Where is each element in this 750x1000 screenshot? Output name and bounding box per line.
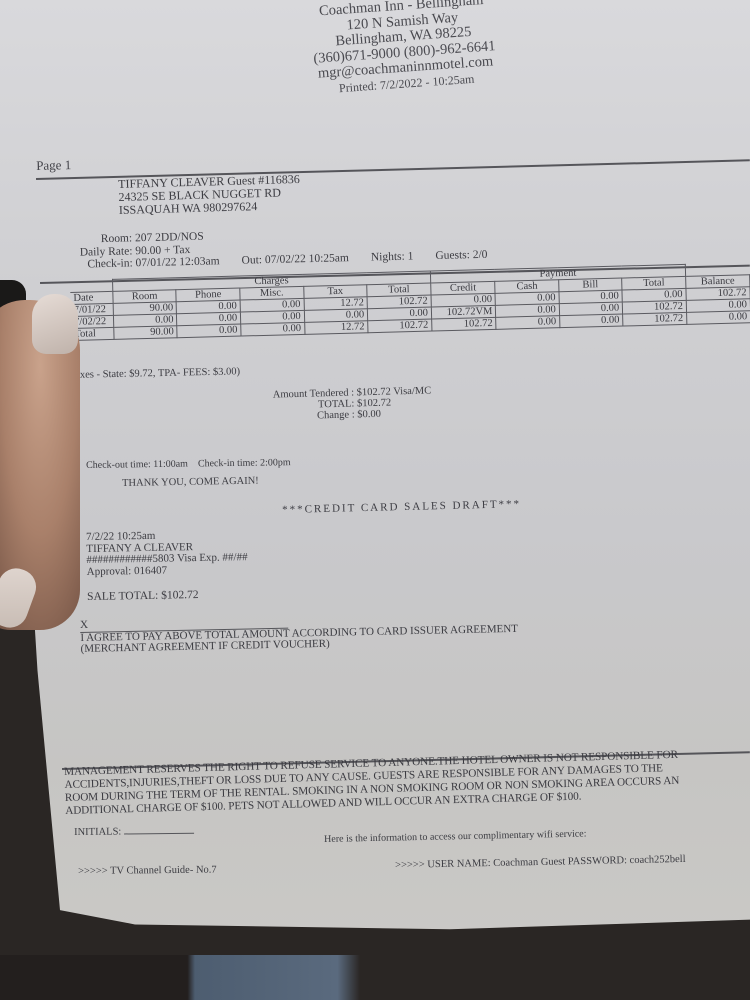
wifi-intro: Here is the information to access our co… xyxy=(324,829,587,845)
hotel-header: Coachman Inn - Bellingham 120 N Samish W… xyxy=(296,0,512,99)
sale-details: 7/2/22 10:25am TIFFANY A CLEAVER #######… xyxy=(86,529,248,603)
cell-value: 0.00 xyxy=(241,322,305,336)
cell-value: 0.00 xyxy=(559,302,623,316)
cell-value: 0.00 xyxy=(304,309,368,323)
checkout-time: Check-out time: 11:00am xyxy=(86,459,188,471)
cell-value: 90.00 xyxy=(113,302,177,316)
tender-summary: Amount Tendered : $102.72 Visa/MC TOTAL:… xyxy=(258,385,432,423)
thank-you-message: THANK YOU, COME AGAIN! xyxy=(122,476,259,489)
approval-code: Approval: 016407 xyxy=(87,564,248,578)
cell-value: 102.72 xyxy=(686,287,750,301)
page-label: Page 1 xyxy=(36,157,71,174)
change-value: $0.00 xyxy=(357,409,381,421)
cell-value: 0.00 xyxy=(559,314,623,328)
background-surface xyxy=(0,955,750,1000)
cell-value: 0.00 xyxy=(241,310,305,324)
sales-draft-title: ***CREDIT CARD SALES DRAFT*** xyxy=(282,498,521,516)
change-label: Change : xyxy=(259,409,355,423)
cell-value: 102.72 xyxy=(367,295,431,309)
cell-value: 0.00 xyxy=(177,300,241,314)
checkin-value: 07/01/22 12:03am xyxy=(135,255,219,269)
sale-total: SALE TOTAL: $102.72 xyxy=(87,589,248,603)
guest-city: ISSAQUAH WA 980297624 xyxy=(119,199,301,217)
checkin-time: Check-in time: 2:00pm xyxy=(198,457,291,469)
guest-info: TIFFANY CLEAVER Guest #116836 24325 SE B… xyxy=(118,173,301,217)
cell-value: 12.72 xyxy=(304,297,368,311)
cell-value: 0.00 xyxy=(687,311,750,325)
tax-breakdown: (Taxes - State: $9.72, TPA- FEES: $3.00) xyxy=(66,366,240,381)
cell-value: 102.72 xyxy=(368,319,432,333)
rate-value: 90.00 + Tax xyxy=(135,243,190,256)
cell-value: 102.72VM xyxy=(431,305,496,319)
cell-value: 0.00 xyxy=(240,298,304,312)
tendered-value: $102.72 Visa/MC xyxy=(357,385,432,398)
initials-field: INITIALS: xyxy=(74,826,194,838)
total-value: $102.72 xyxy=(357,398,391,410)
checkin-label: Check-in: xyxy=(67,257,133,271)
receipt-paper: Coachman Inn - Bellingham 120 N Samish W… xyxy=(0,0,750,958)
ledger-table: Charges Payment DateRoomPhoneMisc.TaxTot… xyxy=(70,262,750,341)
policy-times: Check-out time: 11:00am Check-in time: 2… xyxy=(86,457,291,471)
signature-block: X I AGREE TO PAY ABOVE TOTAL AMOUNT ACCO… xyxy=(80,611,518,656)
cell-value: 0.00 xyxy=(559,290,623,304)
cell-value: 102.72 xyxy=(622,300,686,314)
cell-value: 0.00 xyxy=(686,299,750,313)
cell-value: 0.00 xyxy=(368,307,432,321)
cell-value: 0.00 xyxy=(113,314,177,328)
initials-blank xyxy=(124,833,194,835)
policy-text: MANAGEMENT RESERVES THE RIGHT TO REFUSE … xyxy=(64,747,750,818)
column-header: Date xyxy=(70,291,113,304)
out-label: Out: xyxy=(241,254,262,266)
cell-value: 102.72 xyxy=(432,317,497,331)
cell-value: 0.00 xyxy=(177,312,241,326)
cell-value: 0.00 xyxy=(495,292,559,306)
nights-label: Nights: xyxy=(371,251,405,264)
out-value: 07/02/22 10:25am xyxy=(265,252,349,266)
cell-value: 0.00 xyxy=(431,293,496,307)
cell-value: 0.00 xyxy=(177,324,241,338)
nights-value: 1 xyxy=(407,251,413,263)
stay-details: Room: 207 2DD/NOS Daily Rate: 90.00 + Ta… xyxy=(66,224,488,272)
cell-value: 0.00 xyxy=(496,304,560,318)
wifi-credentials: >>>>> USER NAME: Coachman Guest PASSWORD… xyxy=(395,854,686,871)
tv-channel-guide: >>>>> TV Channel Guide- No.7 xyxy=(78,865,217,877)
signature-x: X xyxy=(80,619,88,631)
fingernail xyxy=(32,294,78,354)
cell-value: 0.00 xyxy=(622,288,686,302)
cell-value: 90.00 xyxy=(114,326,178,340)
cell-value: 0.00 xyxy=(496,316,560,330)
guests-value: 2/0 xyxy=(473,249,488,261)
initials-label: INITIALS: xyxy=(74,827,121,838)
cell-value: 102.72 xyxy=(623,312,687,326)
guests-label: Guests: xyxy=(435,249,470,262)
room-value: 207 2DD/NOS xyxy=(135,231,204,245)
cell-value: 12.72 xyxy=(304,321,368,335)
